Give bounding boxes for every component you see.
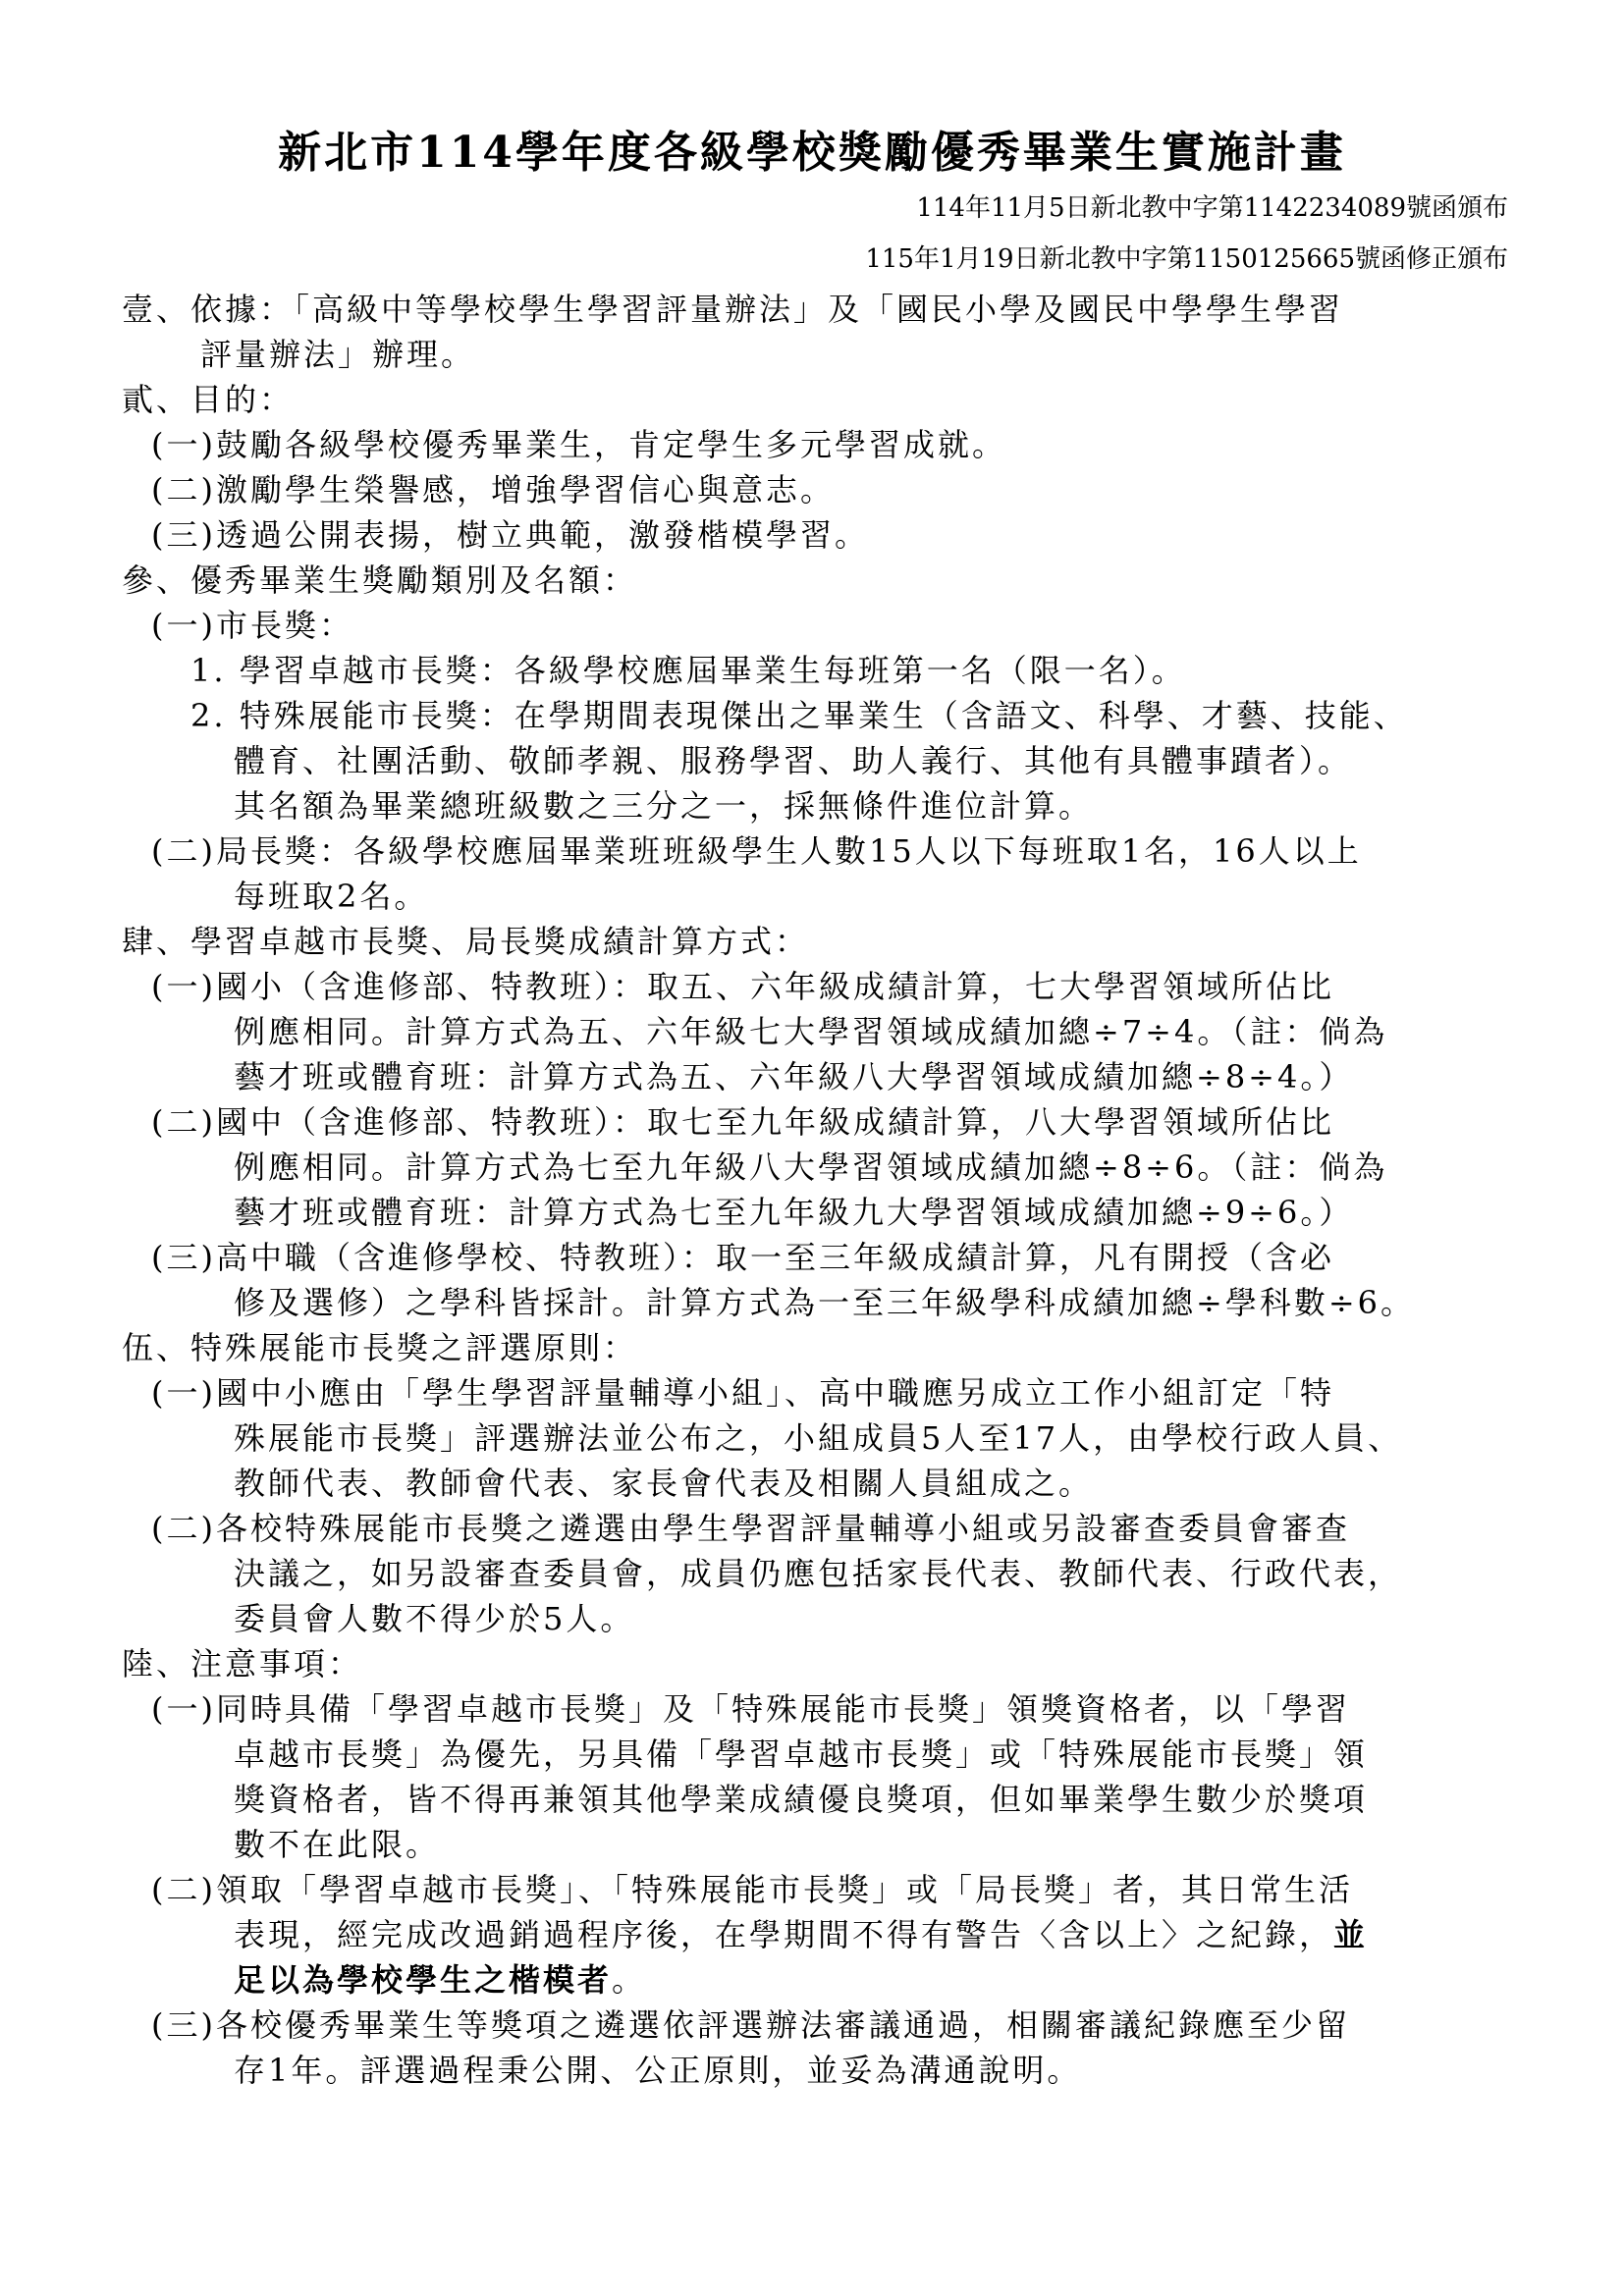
section-6-item-1: (一)同時具備「學習卓越市長獎」及「特殊展能市長獎」領獎資格者，以「學習 [122,1686,1516,1732]
section-3-item-2: (二)局長獎：各級學校應屆畢業班班級學生人數15人以下每班取1名，16人以上 [122,828,1516,874]
section-6-item-1-cont: 卓越市長獎」為優先，另具備「學習卓越市長獎」或「特殊展能市長獎」領 [122,1732,1516,1777]
section-5-item-1: (一)國中小應由「學生學習評量輔導小組」、高中職應另成立工作小組訂定「特 [122,1370,1516,1415]
section-3-item-1: (一)市長獎： [122,603,1516,648]
section-4-item-2-cont: 藝才班或體育班：計算方式為七至九年級九大學習領域成績加總÷9÷6。） [122,1190,1516,1235]
document-title: 新北市114學年度各級學校獎勵優秀畢業生實施計畫 [0,126,1624,181]
section-3-item-1-sub-2-cont: 其名額為畢業總班級數之三分之一，採無條件進位計算。 [122,783,1516,828]
section-2-item-1: (一)鼓勵各級學校優秀畢業生，肯定學生多元學習成就。 [122,422,1516,467]
section-6-item-1-cont: 數不在此限。 [122,1822,1516,1867]
section-5-heading: 伍、特殊展能市長獎之評選原則： [122,1325,1516,1370]
document-page: 新北市114學年度各級學校獎勵優秀畢業生實施計畫 114年11月5日新北教中字第… [0,0,1624,2296]
section-5-item-1-cont: 殊展能市長獎」評選辦法並公布之，小組成員5人至17人，由學校行政人員、 [122,1415,1516,1461]
section-6-item-3-cont: 存1年。評選過程秉公開、公正原則，並妥為溝通說明。 [122,2048,1516,2093]
section-3-item-2-cont: 每班取2名。 [122,874,1516,919]
section-4-item-1-cont: 例應相同。計算方式為五、六年級七大學習領域成績加總÷7÷4。（註：倘為 [122,1009,1516,1054]
section-6-item-3: (三)各校優秀畢業生等獎項之遴選依評選辦法審議通過，相關審議紀錄應至少留 [122,2002,1516,2048]
issuance-line-2: 115年1月19日新北教中字第1150125665號函修正頒布 [865,240,1508,279]
section-5-item-1-cont: 教師代表、教師會代表、家長會代表及相關人員組成之。 [122,1461,1516,1506]
section-2-heading: 貳、目的： [122,377,1516,422]
section-3-heading: 參、優秀畢業生獎勵類別及名額： [122,558,1516,603]
section-4-item-3-cont: 修及選修）之學科皆採計。計算方式為一至三年級學科成績加總÷學科數÷6。 [122,1280,1516,1325]
document-body: 壹、依據：「高級中等學校學生學習評量辦法」及「國民小學及國民中學學生學習 評量辦… [122,287,1516,2093]
section-3-item-1-sub-2: 2. 特殊展能市長獎：在學期間表現傑出之畢業生（含語文、科學、才藝、技能、 [122,693,1516,738]
section-6-item-1-cont: 獎資格者，皆不得再兼領其他學業成績優良獎項，但如畢業學生數少於獎項 [122,1777,1516,1822]
section-6-item-2: (二)領取「學習卓越市長獎」、「特殊展能市長獎」或「局長獎」者，其日常生活 [122,1867,1516,1912]
section-6-item-2-emphasis: 足以為學校學生之楷模者 [234,1961,612,1999]
section-4-item-1-cont: 藝才班或體育班：計算方式為五、六年級八大學習領域成績加總÷8÷4。） [122,1054,1516,1099]
section-4-item-2: (二)國中（含進修部、特教班）：取七至九年級成績計算，八大學習領域所佔比 [122,1099,1516,1145]
section-4-item-2-cont: 例應相同。計算方式為七至九年級八大學習領域成績加總÷8÷6。（註：倘為 [122,1145,1516,1190]
section-4-item-1: (一)國小（含進修部、特教班）：取五、六年級成績計算，七大學習領域所佔比 [122,964,1516,1009]
section-4-item-3: (三)高中職（含進修學校、特教班）：取一至三年級成績計算，凡有開授（含必 [122,1235,1516,1280]
section-2-item-3: (三)透過公開表揚，樹立典範，激發楷模學習。 [122,512,1516,558]
section-3-item-1-sub-2-cont: 體育、社團活動、敬師孝親、服務學習、助人義行、其他有具體事蹟者）。 [122,738,1516,783]
section-2-item-2: (二)激勵學生榮譽感，增強學習信心與意志。 [122,467,1516,512]
section-3-item-1-sub-1: 1. 學習卓越市長獎：各級學校應屆畢業生每班第一名（限一名）。 [122,648,1516,693]
section-4-heading: 肆、學習卓越市長獎、局長獎成績計算方式： [122,919,1516,964]
section-1-heading: 壹、依據：「高級中等學校學生學習評量辦法」及「國民小學及國民中學學生學習 [122,287,1516,332]
section-6-item-2-text: 。 [612,1961,646,1999]
section-5-item-2: (二)各校特殊展能市長獎之遴選由學生學習評量輔導小組或另設審查委員會審查 [122,1506,1516,1551]
section-5-item-2-cont: 決議之，如另設審查委員會，成員仍應包括家長代表、教師代表、行政代表， [122,1551,1516,1596]
section-6-heading: 陸、注意事項： [122,1641,1516,1686]
section-6-item-2-cont: 表現，經完成改過銷過程序後，在學期間不得有警告〈含以上〉之紀錄，並 [122,1912,1516,1957]
issuance-line-1: 114年11月5日新北教中字第1142234089號函頒布 [916,188,1508,228]
section-6-item-2-text: 表現，經完成改過銷過程序後，在學期間不得有警告〈含以上〉之紀錄， [234,1916,1333,1953]
section-5-item-2-cont: 委員會人數不得少於5人。 [122,1596,1516,1641]
section-6-item-2-cont: 足以為學校學生之楷模者。 [122,1957,1516,2002]
section-6-item-2-emphasis: 並 [1333,1916,1368,1953]
section-1-continuation: 評量辦法」辦理。 [122,332,1516,377]
